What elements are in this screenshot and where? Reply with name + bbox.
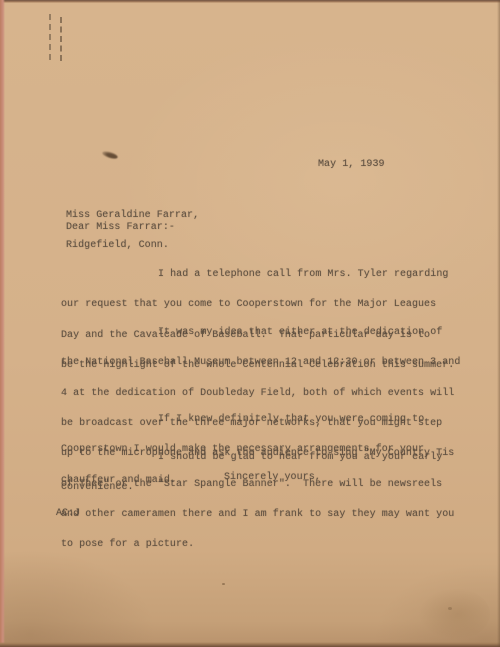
page-edge-bottom [0,642,500,647]
letter-line: I should be glad to hear from you at you… [61,453,442,463]
paper-speck [448,607,452,610]
pencil-smudge [101,150,118,160]
paper-stain [418,588,490,640]
letter-date: May 1, 1939 [318,160,385,170]
scanned-letter-page: May 1, 1939 Miss Geraldine Farrar, Ridge… [0,0,500,647]
letter-line: If I knew definitely that you were comin… [61,415,424,425]
letter-line: convenience. [61,483,442,493]
staple-mark [49,14,51,60]
page-edge-top [0,0,500,3]
salutation: Dear Miss Farrar:- [66,223,175,233]
letter-line: the National Baseball Museum between 12 … [61,358,460,368]
staple-mark [60,17,62,61]
closing-phrase: Sincerely yours, [224,473,321,483]
letter-line: It was my idea that either at the dedica… [61,328,460,338]
recipient-name: Miss Geraldine Farrar, [66,211,199,221]
page-edge-left [0,0,5,647]
typist-initials: AC:J [56,509,80,519]
paper-speck [222,583,225,585]
letter-line: to pose for a picture. [61,540,460,550]
letter-line: I had a telephone call from Mrs. Tyler r… [61,270,454,280]
